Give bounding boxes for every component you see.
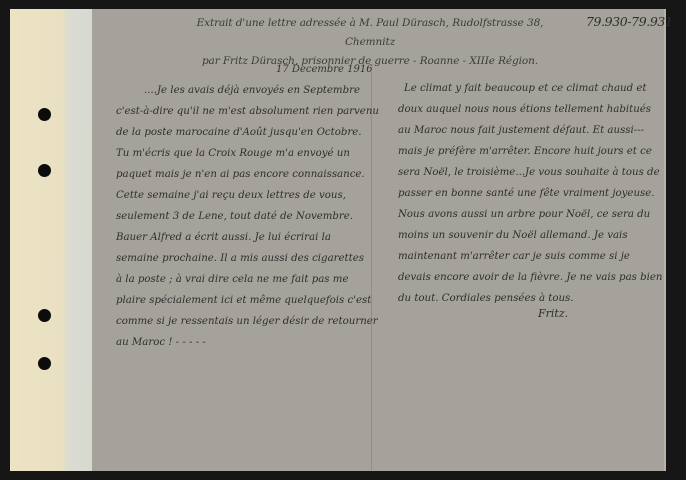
text-line: à la poste ; à vrai dire cela ne me fait… (116, 269, 379, 290)
text-line: semaine prochaine. Il a mis aussi des ci… (116, 248, 379, 269)
punch-hole (38, 309, 51, 322)
text-line: passer en bonne santé une fête vraiment … (398, 183, 662, 204)
reference-number: 79.930-79.931 (586, 14, 673, 29)
text-line: au Maroc ! - - - - - (116, 332, 379, 353)
signature: Fritz. (538, 307, 568, 320)
letter-date: 17 Decembre 1916 (276, 64, 373, 75)
text-line: Tu m'écris que la Croix Rouge m'a envoyé… (116, 143, 379, 164)
text-line: comme si je ressentais un léger désir de… (116, 311, 379, 332)
text-line: au Maroc nous fait justement défaut. Et … (398, 120, 662, 141)
text-line: doux auquel nous nous étions tellement h… (398, 99, 662, 120)
text-line: Cette semaine j'ai reçu deux lettres de … (116, 185, 379, 206)
text-line: seulement 3 de Lene, tout daté de Novemb… (116, 206, 379, 227)
text-line: Nous avons aussi un arbre pour Noël, ce … (398, 204, 662, 225)
punch-hole (38, 357, 51, 370)
text-line: plaire spécialement ici et même quelquef… (116, 290, 379, 311)
header-line-1: Extrait d'une lettre adressée à M. Paul … (180, 14, 560, 52)
punch-hole (38, 164, 51, 177)
text-line: Le climat y fait beaucoup et ce climat c… (398, 78, 662, 99)
text-line: maintenant m'arrêter car je suis comme s… (398, 246, 662, 267)
text-line: ....Je les avais déjà envoyés en Septemb… (116, 80, 379, 101)
text-line: sera Noël, le troisième...Je vous souhai… (398, 162, 662, 183)
left-column: ....Je les avais déjà envoyés en Septemb… (116, 80, 379, 353)
text-line: paquet mais je n'en ai pas encore connai… (116, 164, 379, 185)
letter-header: Extrait d'une lettre adressée à M. Paul … (180, 14, 560, 71)
text-line: du tout. Cordiales pensées à tous. (398, 288, 662, 309)
text-line: de la poste marocaine d'Août jusqu'en Oc… (116, 122, 379, 143)
text-line: c'est-à-dire qu'il ne m'est absolument r… (116, 101, 379, 122)
text-line: Bauer Alfred a écrit aussi. Je lui écrir… (116, 227, 379, 248)
index-card-margin (10, 9, 93, 471)
text-line: mais je préfère m'arrêter. Encore huit j… (398, 141, 662, 162)
punch-hole (38, 108, 51, 121)
text-line: devais encore avoir de la fièvre. Je ne … (398, 267, 662, 288)
right-column: Le climat y fait beaucoup et ce climat c… (398, 78, 662, 309)
text-line: moins un souvenir du Noël allemand. Je v… (398, 225, 662, 246)
